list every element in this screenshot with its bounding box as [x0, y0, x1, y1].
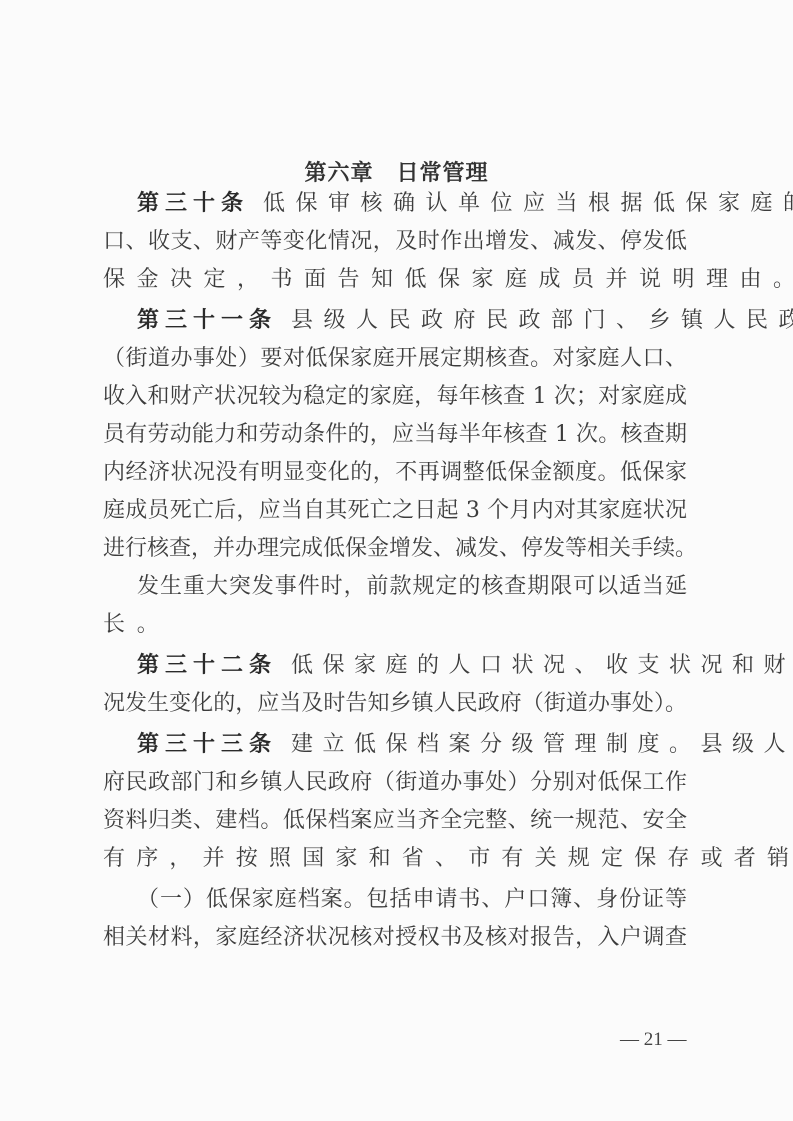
article-text: 建立低保档案分级管理制度。县级人民政 [291, 732, 793, 757]
article-33-item-1-line-2: 相关材料，家庭经济状况核对授权书及核对报告，入户调查 [103, 919, 687, 957]
article-31-line-6: 庭成员死亡后，应当自其死亡之日起 3 个月内对其家庭状况 [103, 492, 687, 530]
article-heading: 第三十三条 [137, 732, 277, 757]
article-32-line-1: 第三十二条低保家庭的人口状况、收支状况和财产状 [137, 647, 687, 685]
article-heading: 第三十一条 [137, 308, 277, 333]
article-30-line-1: 第三十条低保审核确认单位应当根据低保家庭的人 [137, 185, 687, 223]
chapter-title: 第六章 日常管理 [0, 156, 793, 187]
article-text: 低保家庭的人口状况、收支状况和财产状 [291, 653, 793, 678]
article-31-line-7: 进行核查，并办理完成低保金增发、减发、停发等相关手续。 [103, 530, 687, 568]
article-33-line-2: 府民政部门和乡镇人民政府（街道办事处）分别对低保工作 [103, 764, 687, 802]
article-31-para2-line-1: 发生重大突发事件时，前款规定的核查期限可以适当延 [137, 568, 687, 606]
article-33-item-1-line-1: （一）低保家庭档案。包括申请书、户口簿、身份证等 [137, 881, 687, 919]
article-heading: 第三十条 [137, 191, 249, 216]
article-text: 县级人民政府民政部门、乡镇人民政府 [291, 308, 793, 333]
article-text: 低保审核确认单位应当根据低保家庭的人 [263, 191, 793, 216]
page-number: — 21 — [620, 1029, 687, 1051]
article-31-line-1: 第三十一条县级人民政府民政部门、乡镇人民政府 [137, 302, 687, 340]
article-31-line-3: 收入和财产状况较为稳定的家庭，每年核查 1 次；对家庭成 [103, 378, 687, 416]
article-31-line-5: 内经济状况没有明显变化的，不再调整低保金额度。低保家 [103, 454, 687, 492]
article-30-line-3: 保金决定，书面告知低保家庭成员并说明理由。 [103, 261, 687, 299]
document-page: 第六章 日常管理 第三十条低保审核确认单位应当根据低保家庭的人 口、收支、财产等… [0, 0, 793, 1121]
article-31-line-2: （街道办事处）要对低保家庭开展定期核查。对家庭人口、 [103, 340, 687, 378]
article-33-line-1: 第三十三条建立低保档案分级管理制度。县级人民政 [137, 726, 687, 764]
article-31-para2-line-2: 长。 [103, 606, 687, 644]
article-heading: 第三十二条 [137, 653, 277, 678]
article-30-line-2: 口、收支、财产等变化情况，及时作出增发、减发、停发低 [103, 223, 687, 261]
article-33-line-4: 有序，并按照国家和省、市有关规定保存或者销毁。 [103, 840, 687, 878]
article-33-line-3: 资料归类、建档。低保档案应当齐全完整、统一规范、安全 [103, 802, 687, 840]
article-32-line-2: 况发生变化的，应当及时告知乡镇人民政府（街道办事处）。 [103, 685, 687, 723]
article-31-line-4: 员有劳动能力和劳动条件的，应当每半年核查 1 次。核查期 [103, 416, 687, 454]
